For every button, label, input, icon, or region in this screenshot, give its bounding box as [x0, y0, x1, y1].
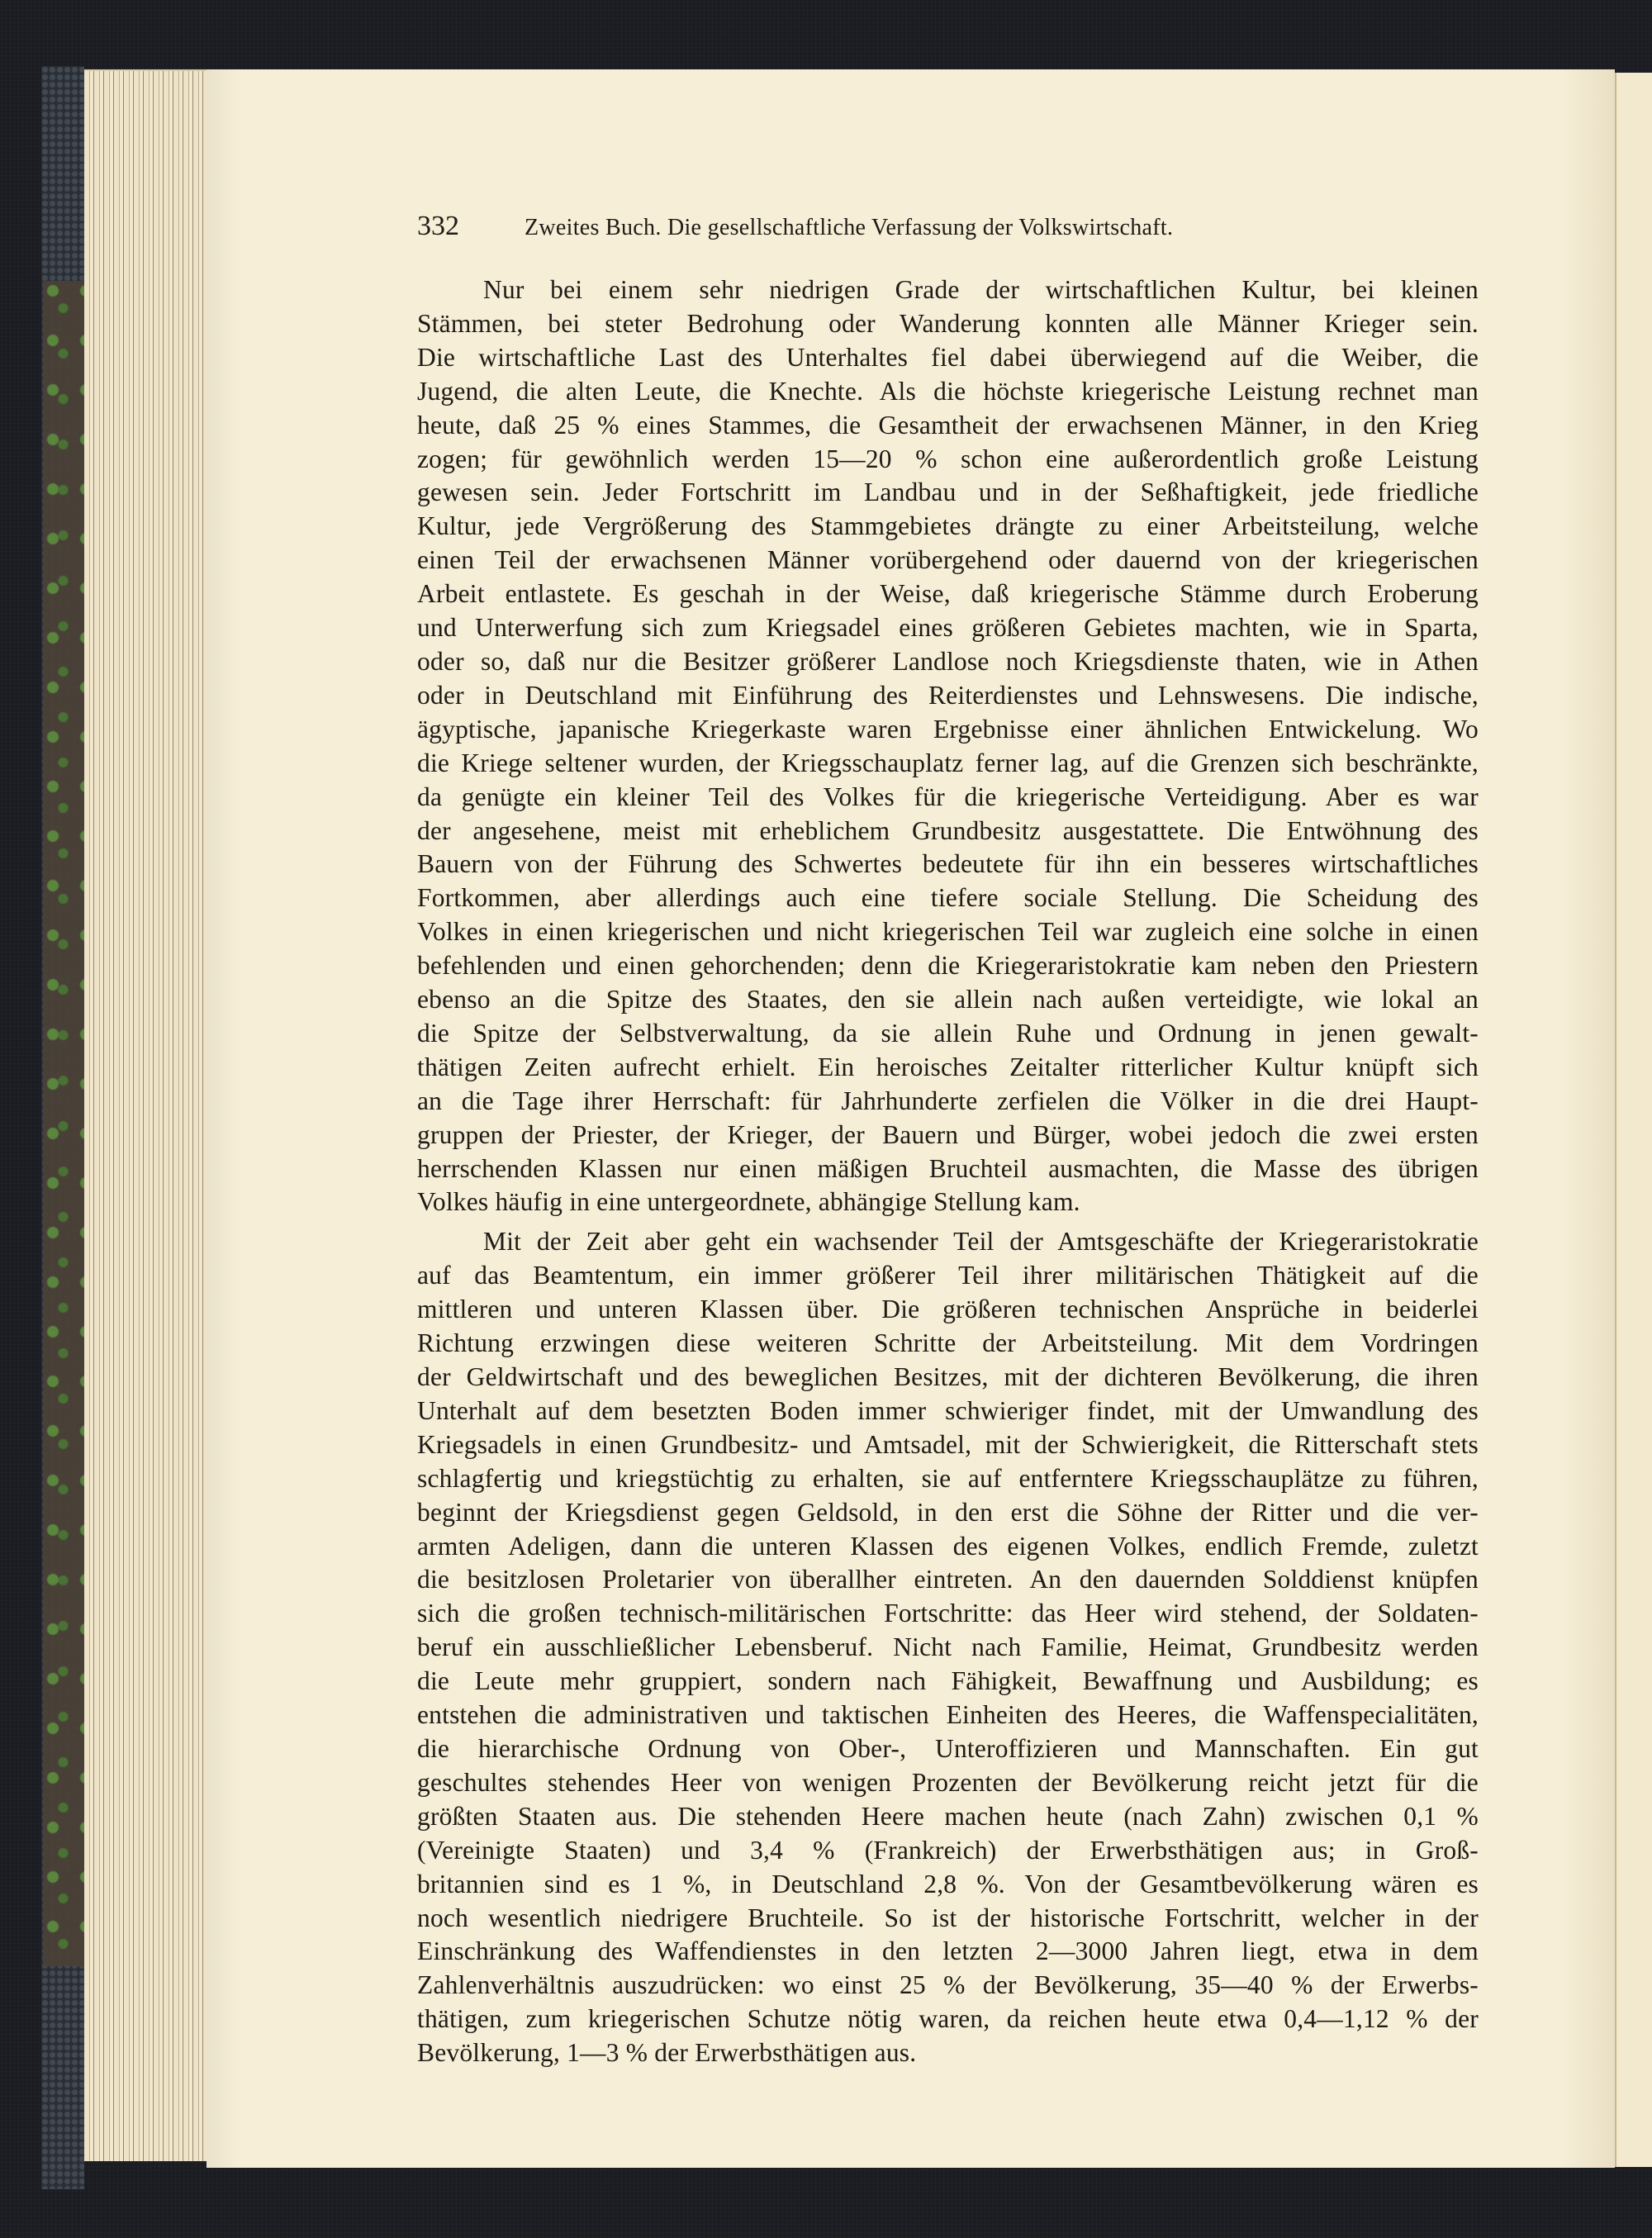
- text-line: zogen; für gewöhnlich werden 15—20 % sch…: [417, 443, 1479, 477]
- text-line: befehlenden und einen gehorchenden; denn…: [417, 949, 1479, 983]
- text-line: Mit der Zeit aber geht ein wachsender Te…: [417, 1225, 1479, 1259]
- page-text-area: 332 Zweites Buch. Die gesellschaftliche …: [417, 211, 1479, 2070]
- text-line: die Leute mehr gruppiert, sondern nach F…: [417, 1665, 1479, 1699]
- text-line: Kultur, jede Vergrößerung des Stammgebie…: [417, 510, 1479, 544]
- text-line: Jugend, die alten Leute, die Knechte. Al…: [417, 375, 1479, 409]
- facing-page-gutter: [1615, 73, 1652, 2167]
- text-line: gewesen sein. Jeder Fortschritt im Landb…: [417, 476, 1479, 510]
- text-line: die besitzlosen Proletarier von überallh…: [417, 1563, 1479, 1597]
- text-line: oder in Deutschland mit Einführung des R…: [417, 679, 1479, 713]
- text-line: Zahlenverhältnis auszudrücken: wo einst …: [417, 1969, 1479, 2003]
- text-line: herrschenden Klassen nur einen mäßigen B…: [417, 1152, 1479, 1186]
- text-line: britannien sind es 1 %, in Deutschland 2…: [417, 1868, 1479, 1902]
- text-line: der angesehene, meist mit erheblichem Gr…: [417, 815, 1479, 848]
- text-line: ägyptische, japanische Kriegerkaste ware…: [417, 713, 1479, 747]
- text-line: noch wesentlich niedrigere Bruchteile. S…: [417, 1902, 1479, 1936]
- text-line: und Unterwerfung sich zum Kriegsadel ein…: [417, 611, 1479, 645]
- text-line: thätigen, zum kriegerischen Schutze nöti…: [417, 2003, 1479, 2036]
- text-line: beginnt der Kriegsdienst gegen Geldsold,…: [417, 1496, 1479, 1530]
- text-line: gruppen der Priester, der Krieger, der B…: [417, 1119, 1479, 1152]
- text-line: sich die großen technisch-militärischen …: [417, 1597, 1479, 1631]
- text-line: Richtung erzwingen diese weiteren Schrit…: [417, 1327, 1479, 1361]
- text-line: Bevölkerung, 1—3 % der Erwerbsthätigen a…: [417, 2036, 1479, 2070]
- text-line: entstehen die administrativen und taktis…: [417, 1699, 1479, 1732]
- text-line: oder so, daß nur die Besitzer größerer L…: [417, 645, 1479, 679]
- text-line: (Vereinigte Staaten) und 3,4 % (Frankrei…: [417, 1834, 1479, 1868]
- text-line: thätigen Zeiten aufrecht erhielt. Ein he…: [417, 1051, 1479, 1085]
- paragraph-2: Mit der Zeit aber geht ein wachsender Te…: [417, 1225, 1479, 2070]
- text-line: einen Teil der erwachsenen Männer vorübe…: [417, 544, 1479, 577]
- text-line: ebenso an die Spitze des Staates, den si…: [417, 983, 1479, 1017]
- running-title: Zweites Buch. Die gesellschaftliche Verf…: [525, 215, 1173, 241]
- text-line: Die wirtschaftliche Last des Unterhaltes…: [417, 341, 1479, 375]
- text-line: Volkes in einen kriegerischen und nicht …: [417, 915, 1479, 949]
- text-line: größten Staaten aus. Die stehenden Heere…: [417, 1800, 1479, 1834]
- text-line: auf das Beamtentum, ein immer größerer T…: [417, 1259, 1479, 1293]
- text-line: schlagfertig und kriegstüchtig zu erhalt…: [417, 1462, 1479, 1496]
- text-line: mittleren und unteren Klassen über. Die …: [417, 1293, 1479, 1327]
- text-line: an die Tage ihrer Herrschaft: für Jahrhu…: [417, 1085, 1479, 1119]
- text-line: Unterhalt auf dem besetzten Boden immer …: [417, 1395, 1479, 1428]
- text-line: der Geldwirtschaft und des beweglichen B…: [417, 1361, 1479, 1395]
- text-line: Fortkommen, aber allerdings auch eine ti…: [417, 881, 1479, 915]
- text-line: Volkes häufig in eine untergeordnete, ab…: [417, 1186, 1479, 1219]
- text-line: da genügte ein kleiner Teil des Volkes f…: [417, 781, 1479, 815]
- text-line: die hierarchische Ordnung von Ober-, Unt…: [417, 1732, 1479, 1766]
- text-line: Stämmen, bei steter Bedrohung oder Wande…: [417, 307, 1479, 341]
- text-line: beruf ein ausschließlicher Lebensberuf. …: [417, 1631, 1479, 1665]
- text-line: geschultes stehendes Heer von wenigen Pr…: [417, 1766, 1479, 1800]
- text-line: die Kriege seltener wurden, der Kriegssc…: [417, 747, 1479, 781]
- text-line: heute, daß 25 % eines Stammes, die Gesam…: [417, 409, 1479, 443]
- text-line: die Spitze der Selbstverwaltung, da sie …: [417, 1017, 1479, 1051]
- page-stack-edges: [84, 69, 208, 2161]
- text-line: Kriegsadels in einen Grundbesitz- und Am…: [417, 1428, 1479, 1462]
- page-number: 332: [417, 211, 525, 242]
- text-line: armten Adeligen, dann die unteren Klasse…: [417, 1530, 1479, 1564]
- paragraph-1: Nur bei einem sehr niedrigen Grade der w…: [417, 273, 1479, 1219]
- text-line: Einschränkung des Waffendienstes in den …: [417, 1935, 1479, 1969]
- text-line: Bauern von der Führung des Schwertes bed…: [417, 848, 1479, 881]
- marbled-cover-edge: [43, 281, 84, 1966]
- running-head: 332 Zweites Buch. Die gesellschaftliche …: [417, 211, 1479, 249]
- text-line: Arbeit entlastete. Es geschah in der Wei…: [417, 577, 1479, 611]
- text-line: Nur bei einem sehr niedrigen Grade der w…: [417, 273, 1479, 307]
